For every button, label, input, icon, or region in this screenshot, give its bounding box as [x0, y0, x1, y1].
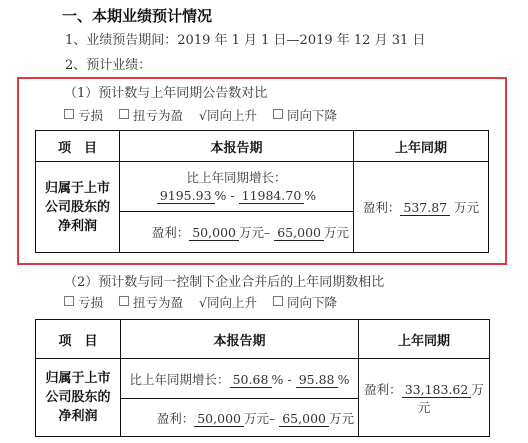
growth-range-cell: 比上年同期增长：50.68% - 95.88% — [121, 359, 359, 399]
header-prior-period: 上年同期 — [354, 131, 489, 162]
option-increase: √同向上升 — [199, 108, 257, 123]
checkbox-empty-icon — [64, 109, 74, 119]
checkmark-icon: √ — [199, 108, 207, 123]
row-label-net-profit: 归属于上市 公司股东的 净利润 — [36, 359, 121, 437]
profit-low: 50,000 — [194, 412, 244, 427]
checkbox-empty-icon — [273, 296, 283, 306]
growth-low: 50.68 — [230, 373, 272, 388]
growth-prefix: 比上年同期增长： — [130, 372, 230, 387]
growth-prefix: 比上年同期增长： — [120, 169, 353, 187]
forecast-period: 1、业绩预告期间：2019 年 1 月 1 日—2019 年 12 月 31 日 — [65, 29, 425, 48]
header-item: 项 目 — [36, 131, 120, 162]
option-increase: √同向上升 — [199, 295, 257, 310]
growth-high: 11984.70 — [239, 189, 305, 204]
option-decrease: 同向下降 — [273, 295, 337, 310]
section-heading: 一、本期业绩预计情况 — [62, 5, 212, 26]
section2-title: （2）预计数与同一控制下企业合并后的上年同期数相比 — [64, 271, 384, 290]
section1-options: 亏损 扭亏为盈 √同向上升 同向下降 — [64, 106, 349, 124]
option-turnaround: 扭亏为盈 — [119, 295, 183, 310]
header-current-period: 本报告期 — [120, 131, 354, 162]
section2-options: 亏损 扭亏为盈 √同向上升 同向下降 — [64, 293, 349, 311]
header-current-period: 本报告期 — [121, 320, 359, 359]
growth-range-cell: 比上年同期增长： 9195.93% - 11984.70% — [120, 162, 354, 212]
prior-profit-value: 537.87 — [400, 201, 450, 216]
option-loss: 亏损 — [64, 295, 103, 310]
growth-high: 95.88 — [296, 373, 338, 388]
prior-profit-cell: 盈利：537.87 万元 — [354, 162, 489, 253]
header-prior-period: 上年同期 — [359, 320, 490, 359]
checkmark-icon: √ — [199, 295, 207, 310]
prior-profit-cell: 盈利：33,183.62万元 — [359, 359, 490, 437]
profit-high: 65,000 — [279, 412, 329, 427]
comparison-table-1: 项 目 本报告期 上年同期 归属于上市 公司股东的 净利润 比上年同期增长： 9… — [35, 130, 489, 253]
row-label-net-profit: 归属于上市 公司股东的 净利润 — [36, 162, 120, 253]
comparison-table-2: 项 目 本报告期 上年同期 归属于上市 公司股东的 净利润 比上年同期增长：50… — [35, 319, 490, 437]
profit-range-cell: 盈利：50,000万元– 65,000万元 — [120, 212, 354, 253]
section1-title: （1）预计数与上年同期公告数对比 — [64, 82, 267, 101]
profit-range-cell: 盈利：50,000万元– 65,000万元 — [121, 399, 359, 437]
profit-high: 65,000 — [274, 226, 324, 241]
profit-low: 50,000 — [189, 226, 239, 241]
option-loss: 亏损 — [64, 108, 103, 123]
checkbox-empty-icon — [64, 296, 74, 306]
checkbox-empty-icon — [119, 296, 129, 306]
checkbox-empty-icon — [119, 109, 129, 119]
prior-profit-value: 33,183.62 — [402, 383, 472, 398]
growth-low: 9195.93 — [157, 189, 215, 204]
checkbox-empty-icon — [273, 109, 283, 119]
option-decrease: 同向下降 — [273, 108, 337, 123]
header-item: 项 目 — [36, 320, 121, 359]
option-turnaround: 扭亏为盈 — [119, 108, 183, 123]
forecast-label: 2、预计业绩： — [65, 54, 151, 73]
